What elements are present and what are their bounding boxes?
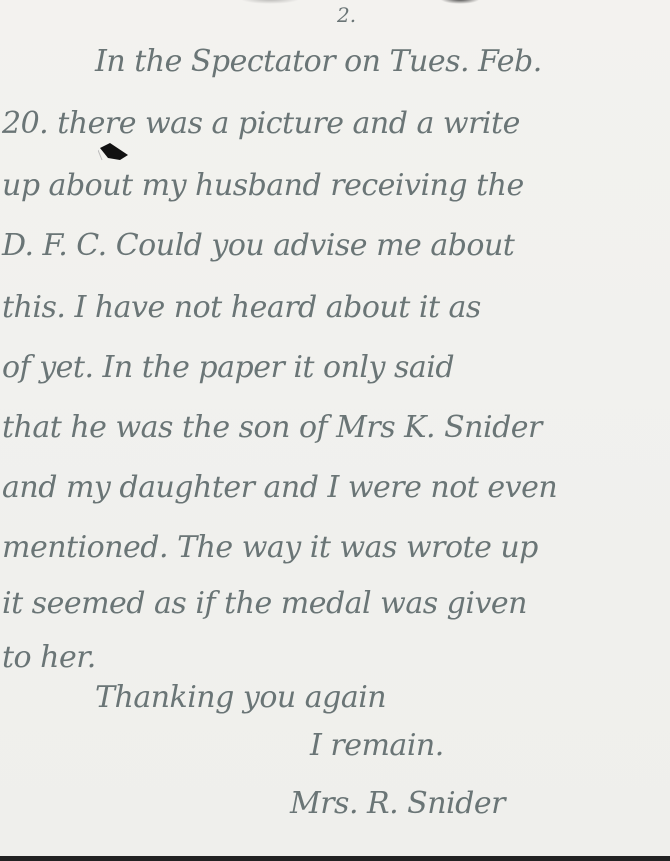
letter-line: of yet. In the paper it only said xyxy=(2,350,454,385)
letter-line: that he was the son of Mrs K. Snider xyxy=(2,410,542,445)
letter-line: 20. there was a picture and a write xyxy=(2,106,520,141)
letter-line: D. F. C. Could you advise me about xyxy=(2,228,514,263)
letter-line: mentioned. The way it was wrote up xyxy=(2,530,538,565)
letter-line: to her. xyxy=(2,640,96,675)
letter-line: this. I have not heard about it as xyxy=(2,290,481,325)
closing-line: Thanking you again xyxy=(95,680,386,715)
remain-line: I remain. xyxy=(310,728,444,763)
letter-line: In the Spectator on Tues. Feb. xyxy=(95,44,670,79)
signature: Mrs. R. Snider xyxy=(290,786,505,821)
letter-line: and my daughter and I were not even xyxy=(2,470,557,505)
page-edge-shadow xyxy=(240,0,300,4)
page-number: 2. xyxy=(337,3,356,27)
letter-line: it seemed as if the medal was given xyxy=(2,586,527,621)
page-edge-shadow xyxy=(440,0,480,4)
torn-hole-icon xyxy=(98,142,132,162)
letter-page: 2. In the Spectator on Tues. Feb. 20. th… xyxy=(0,0,670,856)
letter-line: up about my husband receiving the xyxy=(2,168,524,203)
page-bottom-edge xyxy=(0,856,670,861)
